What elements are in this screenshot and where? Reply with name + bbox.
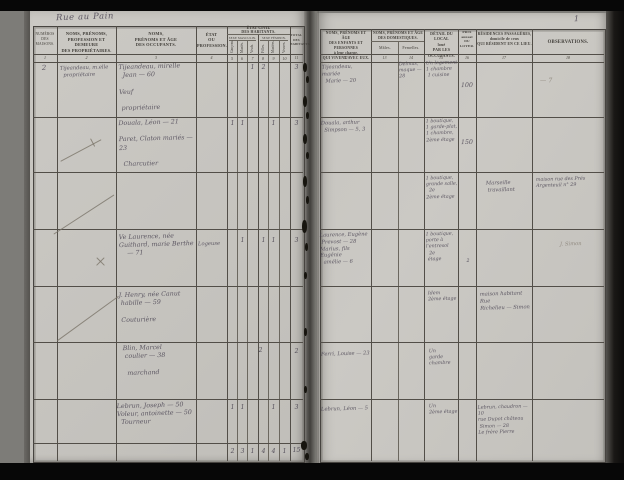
house-number: 2: [35, 64, 53, 73]
civil-tally: 1: [228, 120, 237, 127]
observation-entry: maison rue des Prés Argenteuil n° 29: [536, 176, 602, 190]
residences-entry: Lebrun, chaudron — 10 rue Dupot château …: [478, 404, 533, 437]
civil-tally: 1: [238, 404, 247, 411]
row-total: 2: [292, 348, 301, 355]
binding-stitch: [306, 76, 309, 83]
book-edge-strip: [24, 11, 30, 463]
col-header-etat: ÉTAT OU PROFESSION.: [197, 32, 226, 48]
scanned-census-register: Rue au Pain 1 NUMÉROS DES MAISONS. NOMS,…: [0, 0, 624, 480]
rule: [57, 26, 58, 461]
col-number: 17: [476, 55, 532, 61]
residences-entry: maison habitant Rue Richelieu — Simon: [480, 290, 533, 312]
occupants-entry: Tijeandeau, mirelle Jean — 60 Veuf propr…: [118, 62, 197, 113]
rule: [33, 229, 303, 230]
col-header-total: TOTAL DES HABITANTS.: [290, 33, 303, 47]
occupants-entry: Douala, Léon — 21 Paret, Claton mariés —…: [118, 118, 199, 169]
civil-tally: 1: [269, 237, 278, 244]
rule: [258, 34, 259, 461]
binding-stitch: [304, 328, 307, 336]
col-number: 7: [247, 56, 258, 62]
rule: [424, 29, 425, 461]
col-number: 5: [227, 56, 237, 62]
civil-subcol-label: Mariées.: [269, 41, 279, 54]
civil-subcol-label: Veufs.: [248, 41, 258, 54]
civil-tally: 2: [259, 64, 268, 71]
rule: [320, 342, 604, 343]
col-header-sexe-masculin: SEXE MASCULIN.: [227, 36, 258, 40]
civil-tally: 1: [228, 404, 237, 411]
rule: [320, 229, 604, 230]
rule: [458, 29, 459, 461]
col-number: 11: [290, 55, 303, 61]
col-number: 8: [258, 56, 268, 62]
binding-stitch: [303, 96, 307, 107]
col-header-males: Mâles.: [372, 45, 398, 50]
col-number: 18: [532, 55, 604, 61]
binding-stitch: [303, 176, 307, 187]
col-header-prix: PRIX annuel DU LOYER.: [458, 30, 476, 48]
detail-local-entry: Un 2ème étage: [429, 404, 459, 417]
enfants-entry: Laurence, Eugène Prevost — 28 Marius, fi…: [320, 231, 373, 266]
civil-subcol-label-text: Veufs.: [250, 44, 254, 53]
binding-stitch: [304, 386, 307, 393]
rule: [247, 41, 248, 461]
occupants-entry: J. Henry, née Canut habille — 59 Couturi…: [119, 290, 198, 325]
col-number: 12: [320, 55, 371, 61]
civil-tally: 1: [269, 120, 278, 127]
column-total: 4: [259, 448, 268, 455]
col-number: 1: [33, 55, 57, 61]
column-total: 3: [238, 448, 247, 455]
binding-stitch: [305, 453, 309, 460]
rule: [398, 41, 399, 461]
col-number: 10: [279, 56, 290, 62]
row-total: 3: [292, 64, 301, 71]
detail-local-entry: 1 boutique, porte à l'entresol 2e étage: [426, 232, 459, 264]
col-header-sexe-feminin: SEXE FÉMININ.: [258, 36, 290, 40]
rule: [227, 26, 228, 461]
rule: [33, 399, 303, 400]
detail-local-entry: 1 boutique, grande salle, 2e 2ème étage: [426, 176, 459, 202]
enfants-entry: Tijeandeau, mariée Marie — 20: [322, 63, 372, 85]
civil-tally: 1: [238, 120, 247, 127]
rule: [279, 41, 280, 461]
detail-local-entry: 1 boutique, 1 garde-plat, 1 chambre, 2èm…: [426, 119, 459, 145]
row-total: 3: [292, 404, 301, 411]
column-total: 2: [228, 448, 237, 455]
page-number: 1: [574, 15, 590, 24]
detail-local-entry: Idem 2ème étage: [428, 291, 458, 304]
col-header-occupants: NOMS, PRÉNOMS ET ÂGE DES OCCUPANTS.: [117, 31, 195, 48]
rule: [476, 29, 477, 461]
civil-subcol-label: Garçons.: [228, 41, 238, 54]
col-number: 13: [371, 55, 398, 61]
binding-stitch: [306, 196, 309, 204]
col-header-etat-civil: ÉTAT CIVIL DES HABITANTS.: [227, 27, 290, 35]
col-number: 4: [196, 55, 227, 61]
rule: [290, 26, 291, 461]
col-number: 2: [57, 55, 116, 61]
col-header-numeros: NUMÉROS DES MAISONS.: [33, 32, 57, 47]
rule: [237, 41, 238, 461]
civil-subcol-label: Veuves.: [280, 41, 290, 54]
rule: [320, 172, 604, 173]
civil-tally: 1: [248, 64, 257, 71]
rule: [371, 41, 424, 42]
detail-local-entry: Un garde chambre: [429, 349, 460, 368]
rule: [33, 172, 303, 173]
civil-subcol-label: Mariés.: [238, 41, 248, 54]
binding-stitch: [306, 112, 309, 119]
occupants-entry: Lebrun, Joseph — 50 Voleur, antoinette —…: [117, 401, 200, 428]
detail-local-entry: Un logement 1 chambre 1 cuisine: [426, 61, 459, 80]
occupants-entry: Ve Laurence, née Guithard, marie Berthe …: [119, 232, 200, 259]
observation-entry: J. Simon: [560, 240, 602, 248]
observation-entry: — 7: [540, 76, 580, 85]
rule: [116, 26, 117, 461]
prix-entry: 100: [459, 82, 475, 91]
column-total: 1: [280, 448, 289, 455]
residences-entry: Marseille travaillant: [486, 179, 531, 194]
proprietor-entry: Tijeandeau, m.elle propriétaire: [60, 64, 115, 79]
civil-subcol-label-text: Mariés.: [240, 42, 244, 53]
domestique-entry: Delmas, maque — 28: [399, 62, 425, 81]
col-number: 3: [116, 55, 196, 61]
rule: [268, 41, 269, 461]
col-number: 9: [268, 56, 279, 62]
col-header-femelles: Femelles.: [398, 45, 424, 50]
binding-stitch: [303, 134, 307, 144]
rule: [320, 117, 604, 118]
prix-entry: 150: [459, 139, 475, 148]
rule: [33, 286, 303, 287]
civil-tally: 1: [269, 404, 278, 411]
binding-stitch: [301, 441, 307, 450]
top-black-bar: [0, 0, 624, 11]
binding-stitch: [306, 152, 309, 159]
row-total: 3: [292, 237, 301, 244]
rule: [320, 286, 604, 287]
binding-stitch: [304, 272, 307, 279]
bottom-black-bar: [0, 463, 624, 480]
rule: [33, 443, 303, 444]
column-total: 1: [248, 448, 257, 455]
civil-subcol-label: Filles.: [259, 41, 269, 54]
col-header-observations: OBSERVATIONS.: [532, 40, 604, 45]
civil-tally: 2: [256, 347, 265, 354]
civil-subcol-label-text: Garçons.: [230, 40, 234, 53]
civil-tally: 1: [238, 237, 247, 244]
enfants-entry: Ferri, Louise — 23: [321, 350, 373, 358]
binding-stitch: [303, 63, 307, 72]
etat-entry: Logeuse: [198, 241, 226, 249]
binding-stitch: [305, 243, 308, 251]
col-number: 6: [237, 56, 247, 62]
binding-stitch: [302, 220, 307, 233]
column-total: 4: [269, 448, 278, 455]
row-total: 3: [292, 120, 301, 127]
prix-entry: 2: [461, 259, 475, 266]
col-number: 16: [458, 55, 476, 61]
occupants-entry: Blin, Marcel coulier — 38 marchand: [123, 343, 202, 378]
civil-subcol-label-text: Mariées.: [271, 41, 275, 53]
right-margin-shadow: [606, 11, 624, 463]
civil-tally: 1: [259, 237, 268, 244]
col-header-domestiques: NOMS, PRÉNOMS ET ÂGE DES DOMESTIQUES.: [372, 31, 424, 40]
rule: [532, 29, 533, 461]
rule: [320, 399, 604, 400]
col-number: 14: [398, 55, 424, 61]
col-header-residences: RÉSIDENCES PASSAGÈRES, domicile de ceux …: [477, 32, 532, 48]
enfants-entry: Douala, arthur Simpson — 5, 3: [321, 119, 372, 134]
civil-subcol-label-text: Filles.: [261, 44, 265, 53]
civil-subcol-label-text: Veuves.: [282, 42, 286, 53]
col-header-proprietaires: NOMS, PRÉNOMS, PROFESSION ET DEMEURE DES…: [58, 31, 115, 53]
enfants-entry: Lebrun, Léon — 5: [321, 405, 373, 413]
